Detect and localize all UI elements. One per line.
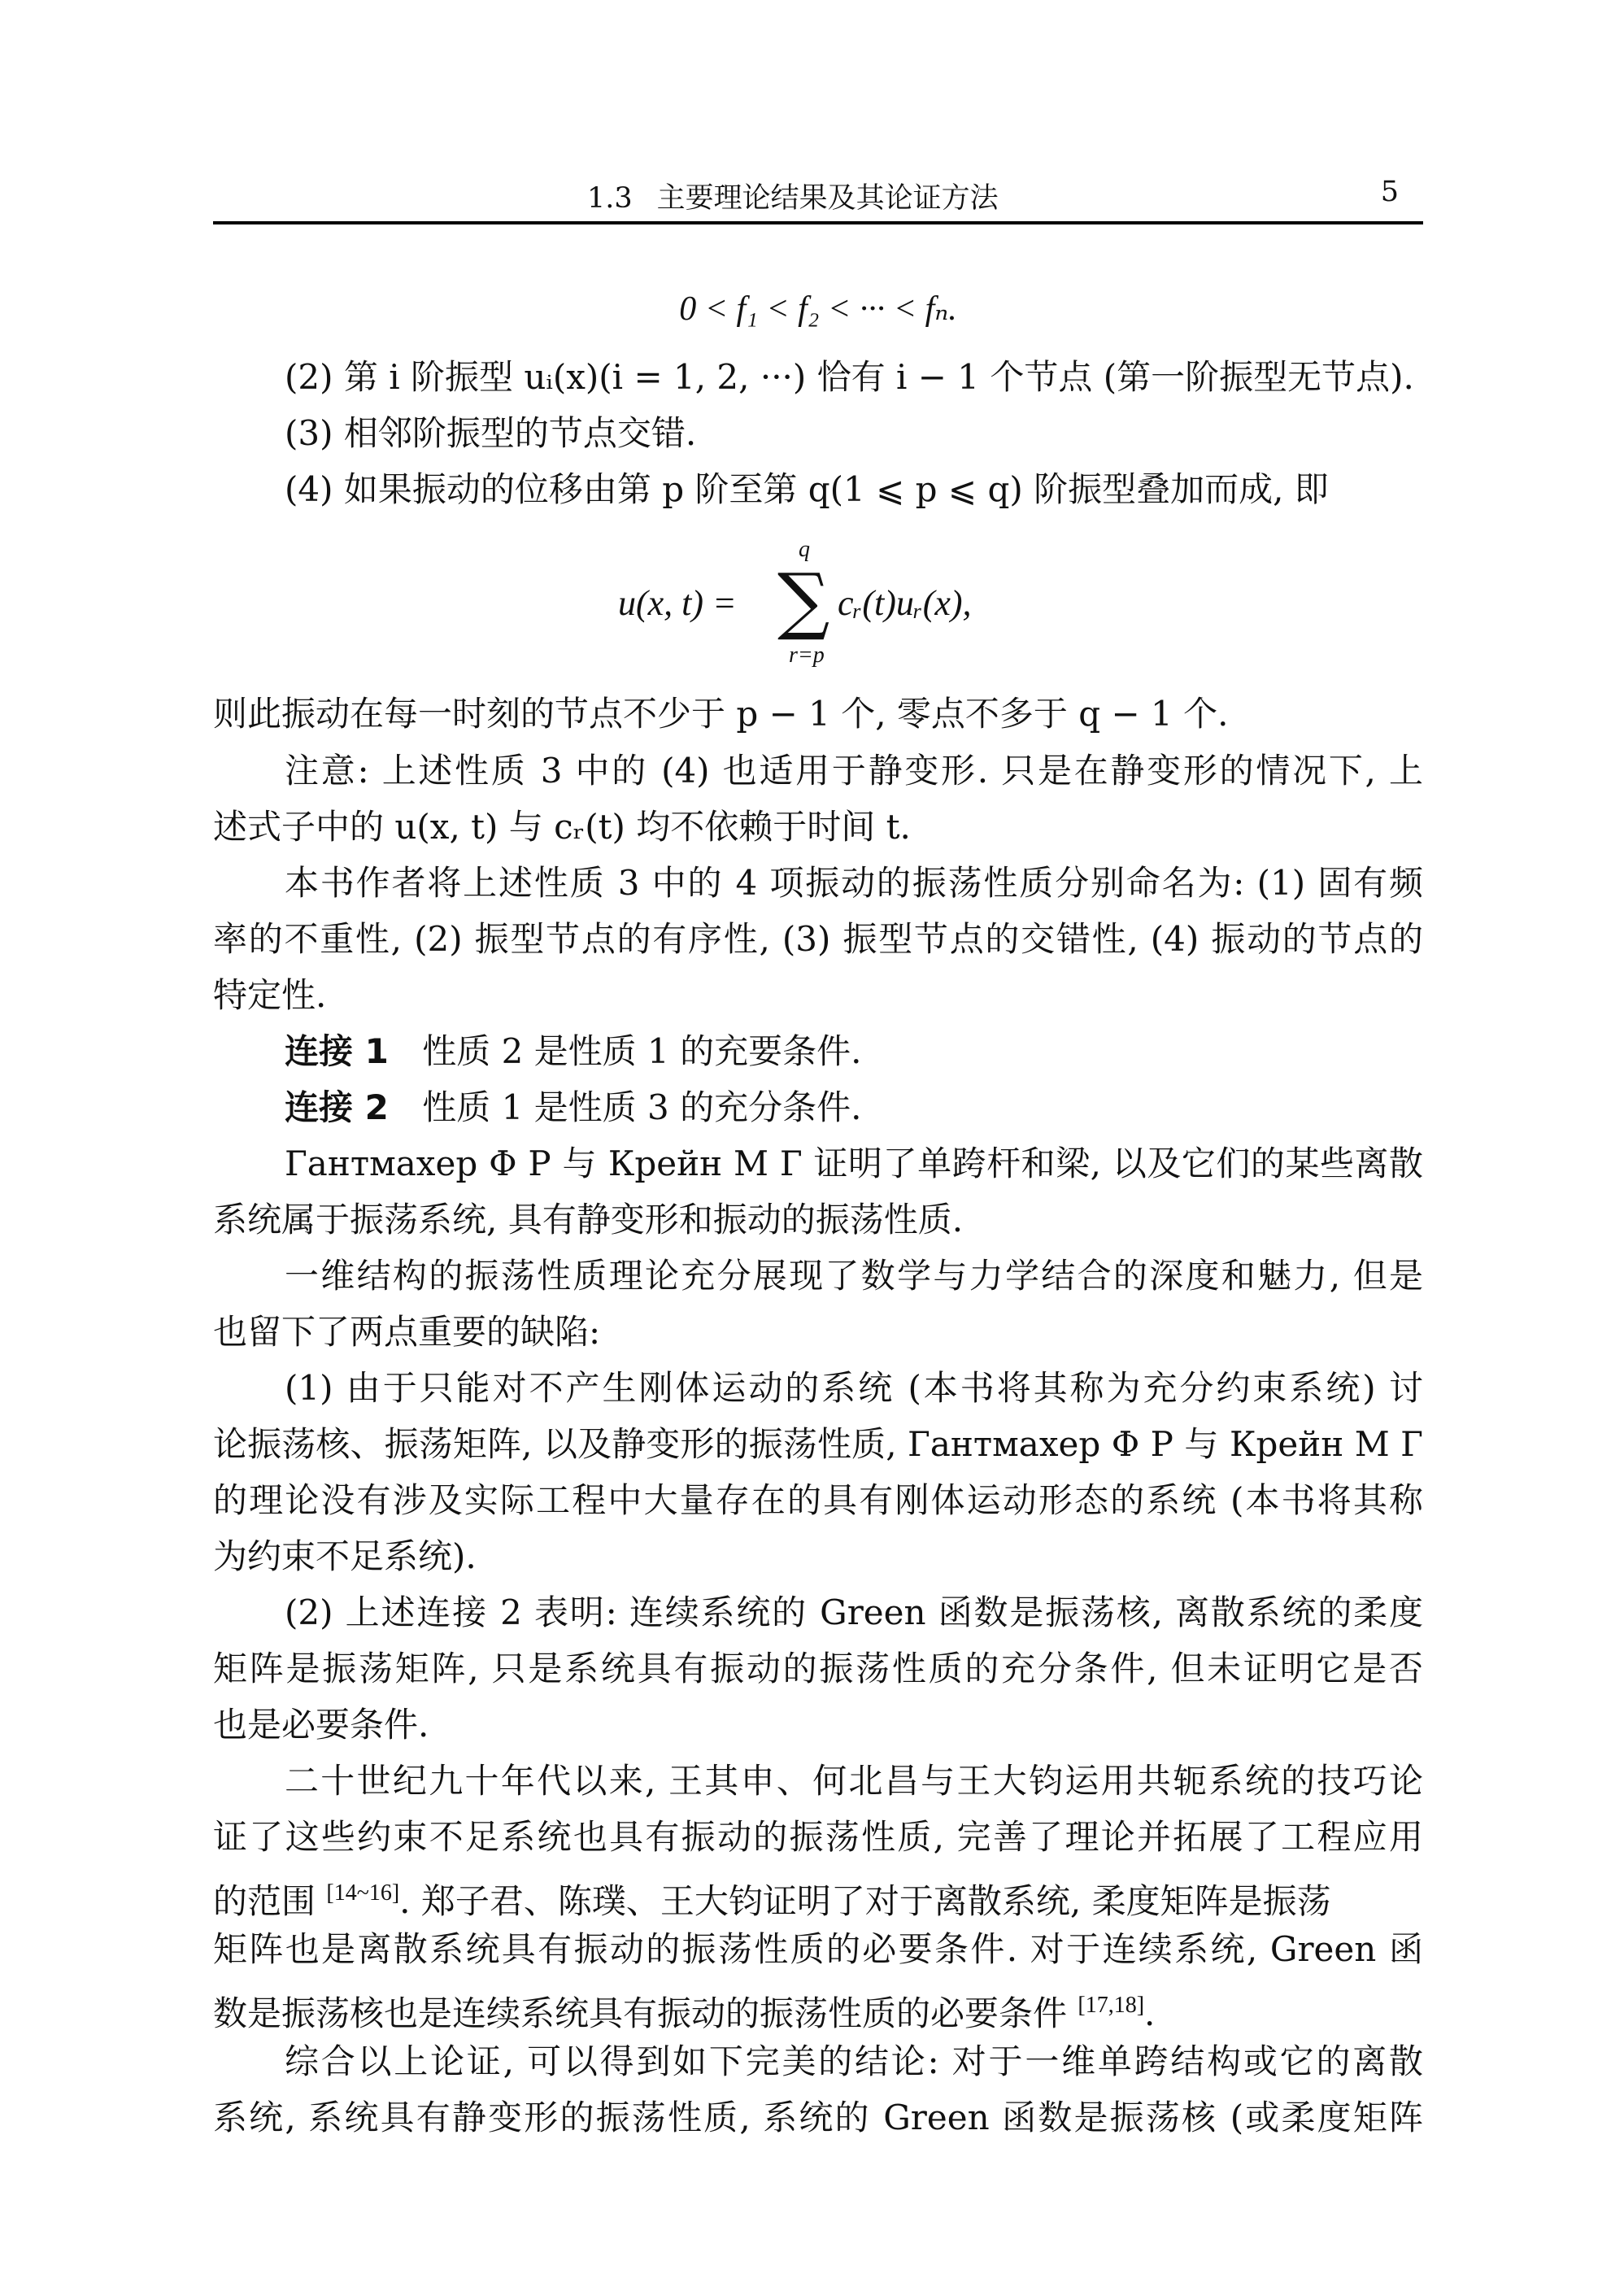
note-line-1: 注意: 上述性质 3 中的 (4) 也适用于静变形. 只是在静变形的情况下, 上 <box>213 748 1423 794</box>
section-title: 主要理论结果及其论证方法 <box>657 182 999 215</box>
section-number: 1.3 <box>587 182 633 215</box>
formula-frequencies: 0 < f₁ < f₂ < ··· < fₙ. <box>213 286 1423 332</box>
link-1-text: 性质 2 是性质 1 的充要条件. <box>422 1031 861 1071</box>
history-line-4: 矩阵也是离散系统具有振动的振荡性质的必要条件. 对于连续系统, Green 函 <box>213 1927 1423 1972</box>
book-page: 1.3主要理论结果及其论证方法 5 0 < f₁ < f₂ < ··· < fₙ… <box>0 0 1624 2296</box>
conclusion-line-1: 综合以上论证, 可以得到如下完美的结论: 对于一维单跨结构或它的离散 <box>213 2039 1423 2085</box>
defect-2-line-2: 矩阵是振荡矩阵, 只是系统具有振动的振荡性质的充分条件, 但未证明它是否 <box>213 1646 1423 1692</box>
formula-sum: q u(x, t) = ∑ cᵣ(t)uᵣ(x), r=p <box>618 537 1008 675</box>
history-line-3: 的范围 [14~16]. 郑子君、陈璞、王大钧证明了对于离散系统, 柔度矩阵是振… <box>213 1871 1423 1924</box>
defect-2-line-3: 也是必要条件. <box>213 1702 1423 1748</box>
link-1: 连接 1 性质 2 是性质 1 的充要条件. <box>213 1029 1423 1074</box>
link-2: 连接 2 性质 1 是性质 3 的充分条件. <box>213 1085 1423 1131</box>
history-line-3-pre: 的范围 <box>213 1881 316 1921</box>
sum-lhs: u(x, t) = <box>618 582 737 624</box>
page-number: 5 <box>1381 176 1399 208</box>
history-line-5-post: . <box>1144 1993 1155 2033</box>
naming-line-1: 本书作者将上述性质 3 中的 4 项振动的振荡性质分别命名为: (1) 固有频 <box>213 860 1423 906</box>
item-2: (2) 第 i 阶振型 uᵢ(x)(i = 1, 2, ···) 恰有 i − … <box>213 355 1423 400</box>
link-2-label: 连接 2 <box>285 1087 389 1127</box>
citation-17-18[interactable]: [17,18] <box>1078 1993 1144 2018</box>
history-line-3-post: . 郑子君、陈璞、王大钧证明了对于离散系统, 柔度矩阵是振荡 <box>399 1881 1330 1921</box>
header-rule <box>213 221 1423 224</box>
history-line-1: 二十世纪九十年代以来, 王其申、何北昌与王大钧运用共轭系统的技巧论 <box>213 1758 1423 1804</box>
defect-intro-line-2: 也留下了两点重要的缺陷: <box>213 1309 1423 1355</box>
running-header: 1.3主要理论结果及其论证方法 5 <box>213 171 1423 216</box>
sum-rhs: cᵣ(t)uᵣ(x), <box>838 582 972 624</box>
naming-line-2: 率的不重性, (2) 振型节点的有序性, (3) 振型节点的交错性, (4) 振… <box>213 917 1423 962</box>
gantmacher-line-1: Гантмахер Φ Р 与 Крейн М Г 证明了单跨杆和梁, 以及它们… <box>213 1141 1423 1187</box>
defect-2-line-1: (2) 上述连接 2 表明: 连续系统的 Green 函数是振荡核, 离散系统的… <box>213 1590 1423 1636</box>
link-1-label: 连接 1 <box>285 1031 389 1071</box>
history-line-5-pre: 数是振荡核也是连续系统具有振动的振荡性质的必要条件 <box>213 1993 1067 2033</box>
defect-1-line-2: 论振荡核、振荡矩阵, 以及静变形的振荡性质, Гантмахер Φ Р 与 К… <box>213 1422 1423 1467</box>
sum-lower-limit: r=p <box>789 643 825 669</box>
sigma-symbol: ∑ <box>777 564 829 638</box>
defect-1-line-1: (1) 由于只能对不产生刚体运动的系统 (本书将其称为充分约束系统) 讨 <box>213 1366 1423 1411</box>
citation-14-16[interactable]: [14~16] <box>326 1880 399 1906</box>
item-4: (4) 如果振动的位移由第 p 阶至第 q(1 ⩽ p ⩽ q) 阶振型叠加而成… <box>213 467 1423 512</box>
defect-intro-line-1: 一维结构的振荡性质理论充分展现了数学与力学结合的深度和魅力, 但是 <box>213 1253 1423 1299</box>
gantmacher-line-2: 系统属于振荡系统, 具有静变形和振动的振荡性质. <box>213 1197 1423 1243</box>
defect-1-line-3: 的理论没有涉及实际工程中大量存在的具有刚体运动形态的系统 (本书将其称 <box>213 1478 1423 1523</box>
header-title: 1.3主要理论结果及其论证方法 <box>587 176 999 216</box>
history-line-5: 数是振荡核也是连续系统具有振动的振荡性质的必要条件 [17,18]. <box>213 1983 1423 2037</box>
naming-line-3: 特定性. <box>213 973 1423 1018</box>
item-3: (3) 相邻阶振型的节点交错. <box>213 411 1423 456</box>
conclusion-line-2: 系统, 系统具有静变形的振荡性质, 系统的 Green 函数是振荡核 (或柔度矩… <box>213 2095 1423 2141</box>
defect-1-line-4: 为约束不足系统). <box>213 1534 1423 1579</box>
note-line-2: 述式子中的 u(x, t) 与 cᵣ(t) 均不依赖于时间 t. <box>213 804 1423 850</box>
history-line-2: 证了这些约束不足系统也具有振动的振荡性质, 完善了理论并拓展了工程应用 <box>213 1815 1423 1860</box>
link-2-text: 性质 1 是性质 3 的充分条件. <box>422 1087 861 1127</box>
paragraph-after-sum: 则此振动在每一时刻的节点不少于 p − 1 个, 零点不多于 q − 1 个. <box>213 691 1423 737</box>
